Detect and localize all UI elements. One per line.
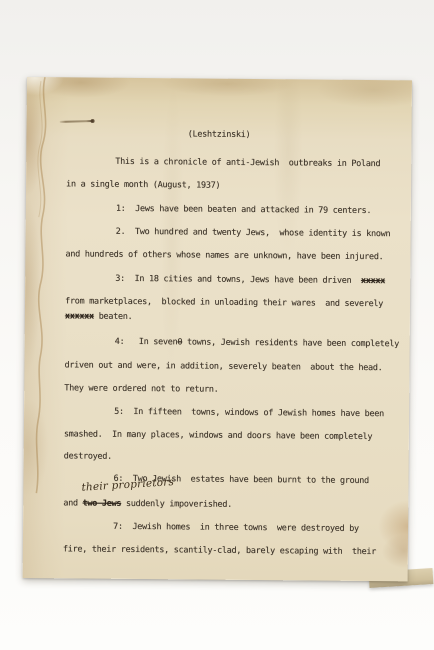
item-6-struck-words: two Jews <box>83 499 122 509</box>
item-4-line-2: driven out and were, in addition, severe… <box>64 360 382 374</box>
item-5-line-3: destroyed. <box>64 451 112 462</box>
item-6-line-2-post: suddenly impoverished. <box>121 499 232 510</box>
item-3-line-1: 3: In 18 cities and towns, Jews have bee… <box>115 274 385 287</box>
item-4-line-1-post: towns, Jewish residents have been comple… <box>182 337 399 349</box>
item-2-line-1: 2. Two hundred and twenty Jews, whose id… <box>116 227 391 240</box>
intro-line-1: This is a chronicle of anti-Jewish outbr… <box>115 157 380 170</box>
item-3-line-3: xxxxxx beaten. <box>65 311 133 323</box>
water-stain-tide-line <box>23 77 61 517</box>
item-7-line-2: fire, their residents, scantily-clad, ba… <box>63 544 376 558</box>
item-3-line-2: from marketplaces, blocked in unloading … <box>65 296 383 310</box>
attribution-title: (Leshtzinski) <box>26 128 411 142</box>
item-3-line-1-text: 3: In 18 cities and towns, Jews have bee… <box>115 274 361 286</box>
item-3-line-3-text: beaten. <box>94 312 133 322</box>
item-3-struck-word-2: xxxxxx <box>65 311 94 321</box>
item-2-line-2: and hundreds of others whose names are u… <box>65 249 383 263</box>
item-1-line-1: 1: Jews have been beaten and attacked in… <box>116 204 371 217</box>
photo-scene: (Leshtzinski) This is a chronicle of ant… <box>0 0 434 650</box>
pencil-scribble <box>60 120 94 123</box>
document-page: (Leshtzinski) This is a chronicle of ant… <box>23 77 412 581</box>
item-5-line-2: smashed. In many places, windows and doo… <box>64 429 372 443</box>
item-4-line-1-pre: 4: In seven <box>115 337 178 348</box>
item-6-line-2: and two Jews suddenly impoverished. <box>63 498 232 510</box>
item-5-line-1: 5: In fifteen towns, windows of Jewish h… <box>114 407 384 420</box>
item-7-line-1: 7: Jewish homes in three towns were dest… <box>113 522 359 535</box>
item-4-line-3: They were ordered not to return. <box>64 383 218 395</box>
handwritten-correction: their proprietors <box>81 476 174 494</box>
item-6-line-2-pre: and <box>63 498 82 508</box>
item-3-struck-word: xxxxx <box>361 276 385 286</box>
intro-line-2: in a single month (August, 1937) <box>66 179 220 191</box>
item-4-line-1: 4: In seven0 towns, Jewish residents hav… <box>115 337 399 350</box>
